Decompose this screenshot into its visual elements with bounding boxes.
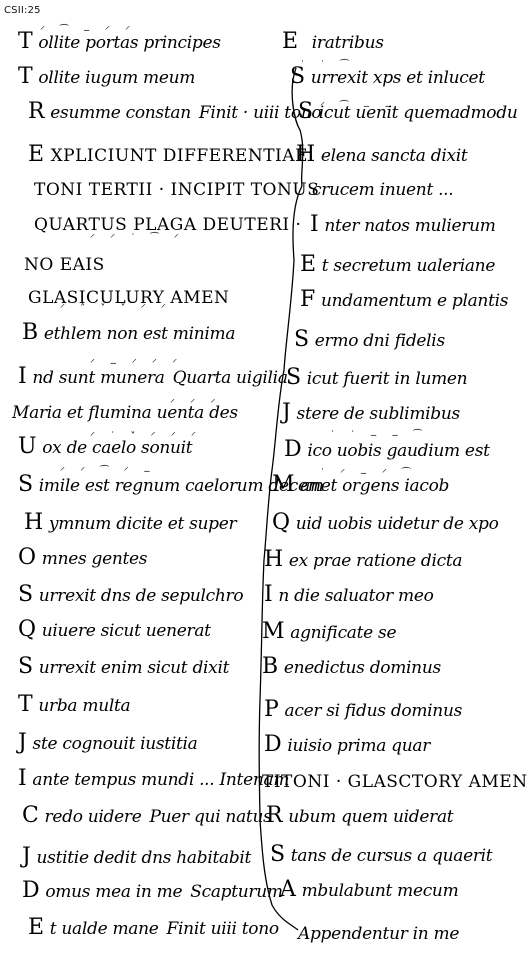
incipit-text: icut fuerit in lumen	[307, 369, 468, 389]
chant-incipit-line: Justitie dedit dns habitabit	[22, 847, 251, 868]
neume-marks: ⸍ ⁀ ‒ ⸍ ⸍	[40, 22, 136, 36]
incipit-extra-text: iratribus	[312, 33, 384, 53]
initial-letter: P	[264, 697, 279, 722]
chant-incipit-line: Jste cognouit iustitia	[18, 733, 197, 754]
chant-incipit-line: Surrexit enim sicut dixit	[18, 657, 229, 678]
incipit-text: urrexit enim sicut dixit	[39, 658, 229, 678]
chant-incipit-line: Quiuere sicut uenerat	[18, 620, 211, 641]
initial-letter: E	[28, 915, 44, 940]
initial-letter: H	[24, 510, 43, 535]
initial-letter: S	[18, 582, 33, 607]
chant-incipit-line: Hymnum dicite et super	[24, 513, 236, 534]
incipit-text: esumme constan	[50, 103, 191, 123]
chant-incipit-line: TITONI · GLASCTORY AMEN	[262, 772, 528, 792]
incipit-extra-text: Quarta uigilia	[173, 368, 288, 388]
initial-letter: S	[270, 842, 285, 867]
incipit-text: undamentum e plantis	[321, 291, 508, 311]
incipit-text: iuisio prima quar	[287, 736, 430, 756]
chant-incipit-line: Hex prae ratione dicta	[264, 550, 462, 571]
incipit-text: ollite portas principes	[38, 33, 220, 53]
initial-letter: M	[262, 619, 284, 644]
incipit-text: anet orgens iacob	[300, 476, 449, 496]
initial-letter: B	[22, 320, 38, 345]
neume-marks: ˙ ˙ ‒ ‒ ⁀	[330, 430, 427, 441]
incipit-text: ymnum dicite et super	[49, 514, 236, 534]
neume-marks: ⸍ ⸍ ⸍	[170, 395, 221, 409]
initial-letter: S	[286, 365, 301, 390]
chant-incipit-line: Tollite iugum meum	[18, 67, 195, 88]
chant-incipit-line: Quid uobis uidetur de xpo	[272, 513, 499, 534]
initial-letter: I	[310, 212, 318, 237]
incipit-text: uiuere sicut uenerat	[42, 621, 211, 641]
incipit-text: ethlem non est minima	[44, 324, 235, 344]
incipit-text: crucem inuent ...	[312, 180, 453, 200]
incipit-text: Appendentur in me	[298, 924, 459, 944]
initial-letter: D	[264, 732, 281, 757]
incipit-text: enedictus dominus	[284, 658, 441, 678]
neume-marks: ⸍ ⸍ ⁀ ⸍ ‒	[60, 463, 156, 477]
initial-letter: B	[262, 654, 278, 679]
incipit-text: acer si fidus dominus	[285, 701, 463, 721]
initial-letter: I	[264, 582, 272, 607]
incipit-text: ubum quem uiderat	[288, 807, 453, 827]
chant-incipit-line: Sermo dni fidelis	[294, 330, 445, 351]
incipit-text: ollite iugum meum	[38, 68, 195, 88]
chant-incipit-line: crucem inuent ...	[312, 180, 453, 200]
chant-incipit-line: Rubum quem uiderat	[266, 806, 453, 827]
incipit-text: stere de sublimibus	[297, 404, 460, 424]
incipit-text: redo uidere	[45, 807, 142, 827]
initial-letter: T	[18, 64, 32, 89]
initial-letter: S	[18, 654, 33, 679]
chant-incipit-line: Et secretum ualeriane	[300, 255, 495, 276]
initial-letter: R	[28, 99, 44, 124]
chant-incipit-line: Fundamentum e plantis	[300, 290, 508, 311]
incipit-text: tans de cursus a quaerit	[291, 846, 493, 866]
neume-marks: ⸍ ‒ ⸍ ⸍ ⸍	[90, 355, 183, 369]
chant-incipit-line: Pacer si fidus dominus	[264, 700, 462, 721]
incipit-text: elena sancta dixit	[321, 146, 468, 166]
chant-incipit-line: Appendentur in me	[298, 924, 459, 944]
initial-letter: A	[280, 877, 296, 902]
initial-letter: M	[272, 472, 294, 497]
chant-incipit-line: TONI TERTII · INCIPIT TONUS	[34, 180, 319, 200]
incipit-text: n die saluator meo	[278, 586, 433, 606]
incipit-extra-text: Scapturum	[190, 882, 282, 902]
neume-marks: ˙ ⸍ ‒ ⸍ ⁀	[320, 465, 416, 479]
incipit-text: ustitie dedit dns habitabit	[37, 848, 252, 868]
initial-letter: E	[300, 252, 316, 277]
incipit-text: NO EAIS	[24, 255, 105, 275]
initial-letter: R	[266, 803, 282, 828]
initial-letter: E	[28, 142, 45, 167]
chant-incipit-line: Ind sunt muneraQuarta uigilia	[18, 367, 288, 388]
initial-letter: Q	[272, 510, 290, 535]
chant-incipit-line: Benedictus dominus	[262, 657, 441, 678]
incipit-text: ste cognouit iustitia	[33, 734, 198, 754]
chant-incipit-line: Diuisio prima quar	[264, 735, 430, 756]
chant-incipit-line: Iante tempus mundi ... Intenam	[18, 769, 289, 790]
incipit-text: urrexit dns de sepulchro	[39, 586, 244, 606]
neume-marks: ⸍ ⁀ ‒ ‒	[320, 98, 397, 112]
chant-incipit-line: Inter natos mulierum	[310, 215, 496, 236]
initial-letter: I	[18, 364, 26, 389]
incipit-text: urrexit xps et inlucet	[311, 68, 485, 88]
chant-incipit-line: Dico uobis gaudium est	[284, 440, 490, 461]
initial-letter: J	[282, 400, 291, 425]
incipit-text: ante tempus mundi ... Intenam	[32, 770, 289, 790]
incipit-text: ex prae ratione dicta	[289, 551, 462, 571]
chant-incipit-line: Ambulabunt mecum	[280, 880, 458, 901]
initial-letter: S	[18, 472, 33, 497]
chant-incipit-line: Helena sancta dixit	[296, 145, 467, 166]
initial-letter: H	[296, 142, 315, 167]
chant-incipit-line: Turba multa	[18, 695, 130, 716]
incipit-text: omus mea in me	[45, 882, 182, 902]
initial-letter: F	[300, 287, 315, 312]
incipit-text: mbulabunt mecum	[302, 881, 459, 901]
initial-letter: C	[22, 803, 39, 828]
chant-incipit-line: Omnes gentes	[18, 548, 147, 569]
incipit-text: XPLICIUNT DIFFERENTIAE	[51, 146, 308, 166]
initial-letter: S	[294, 327, 309, 352]
incipit-text: uid uobis uidetur de xpo	[296, 514, 499, 534]
incipit-text: t ualde mane	[50, 919, 159, 939]
incipit-text: ermo dni fidelis	[315, 331, 445, 351]
chant-incipit-line: Eiratribus	[282, 32, 384, 53]
chant-incipit-line: Magnificate se	[262, 622, 396, 643]
incipit-text: urba multa	[38, 696, 130, 716]
chant-incipit-line: Et ualde maneFinit uiii tono	[28, 918, 279, 939]
neume-marks: ⸍ ˄ ˅ ˅ ⸍ ⸍	[60, 300, 172, 314]
chant-incipit-line: Resumme constanFinit · uiii tono	[28, 102, 321, 123]
chant-incipit-line: NO EAIS	[24, 255, 105, 275]
chant-incipit-line: In die saluator meo	[264, 585, 434, 606]
incipit-text: nd sunt munera	[32, 368, 164, 388]
chant-incipit-line: Domus mea in meScapturum	[22, 881, 283, 902]
initial-letter: U	[18, 434, 36, 459]
chant-incipit-line: Bethlem non est minima	[22, 323, 235, 344]
incipit-extra-text: Finit uiii tono	[167, 919, 279, 939]
initial-letter: J	[18, 730, 27, 755]
neume-marks: ⸍ ˙ ˅ ⸍ ⸍ ⸍	[90, 428, 202, 442]
chant-incipit-line: Stans de cursus a quaerit	[270, 845, 492, 866]
initial-letter: Q	[18, 617, 36, 642]
initial-letter: D	[284, 437, 301, 462]
incipit-text: mnes gentes	[42, 549, 147, 569]
initial-letter: D	[22, 878, 39, 903]
incipit-text: TITONI · GLASCTORY AMEN	[262, 772, 528, 792]
incipit-extra-text: Puer qui natus	[149, 807, 271, 827]
chant-incipit-line: Credo uiderePuer qui natus	[22, 806, 272, 827]
initial-letter: H	[264, 547, 283, 572]
neume-marks: ⸍ ⸍ ˙ ⁀ ⸍	[90, 230, 185, 244]
chant-incipit-line: Surrexit dns de sepulchro	[18, 585, 243, 606]
chant-incipit-line: EXPLICIUNT DIFFERENTIAE	[28, 145, 308, 166]
initial-letter: E	[282, 29, 298, 54]
initial-letter: O	[18, 545, 36, 570]
incipit-text: t secretum ualeriane	[322, 256, 495, 276]
initial-letter: J	[22, 844, 31, 869]
initial-letter: T	[18, 29, 32, 54]
initial-letter: S	[298, 99, 313, 124]
incipit-text: TONI TERTII · INCIPIT TONUS	[34, 180, 319, 200]
initial-letter: I	[18, 766, 26, 791]
neume-marks: ˙ ˙ ⁀	[300, 60, 354, 71]
incipit-text: nter natos mulierum	[324, 216, 495, 236]
initial-letter: T	[18, 692, 32, 717]
incipit-text: agnificate se	[290, 623, 396, 643]
chant-incipit-line: Sicut fuerit in lumen	[286, 368, 467, 389]
incipit-text: ico uobis gaudium est	[307, 441, 489, 461]
chant-incipit-line: Jstere de sublimibus	[282, 403, 460, 424]
